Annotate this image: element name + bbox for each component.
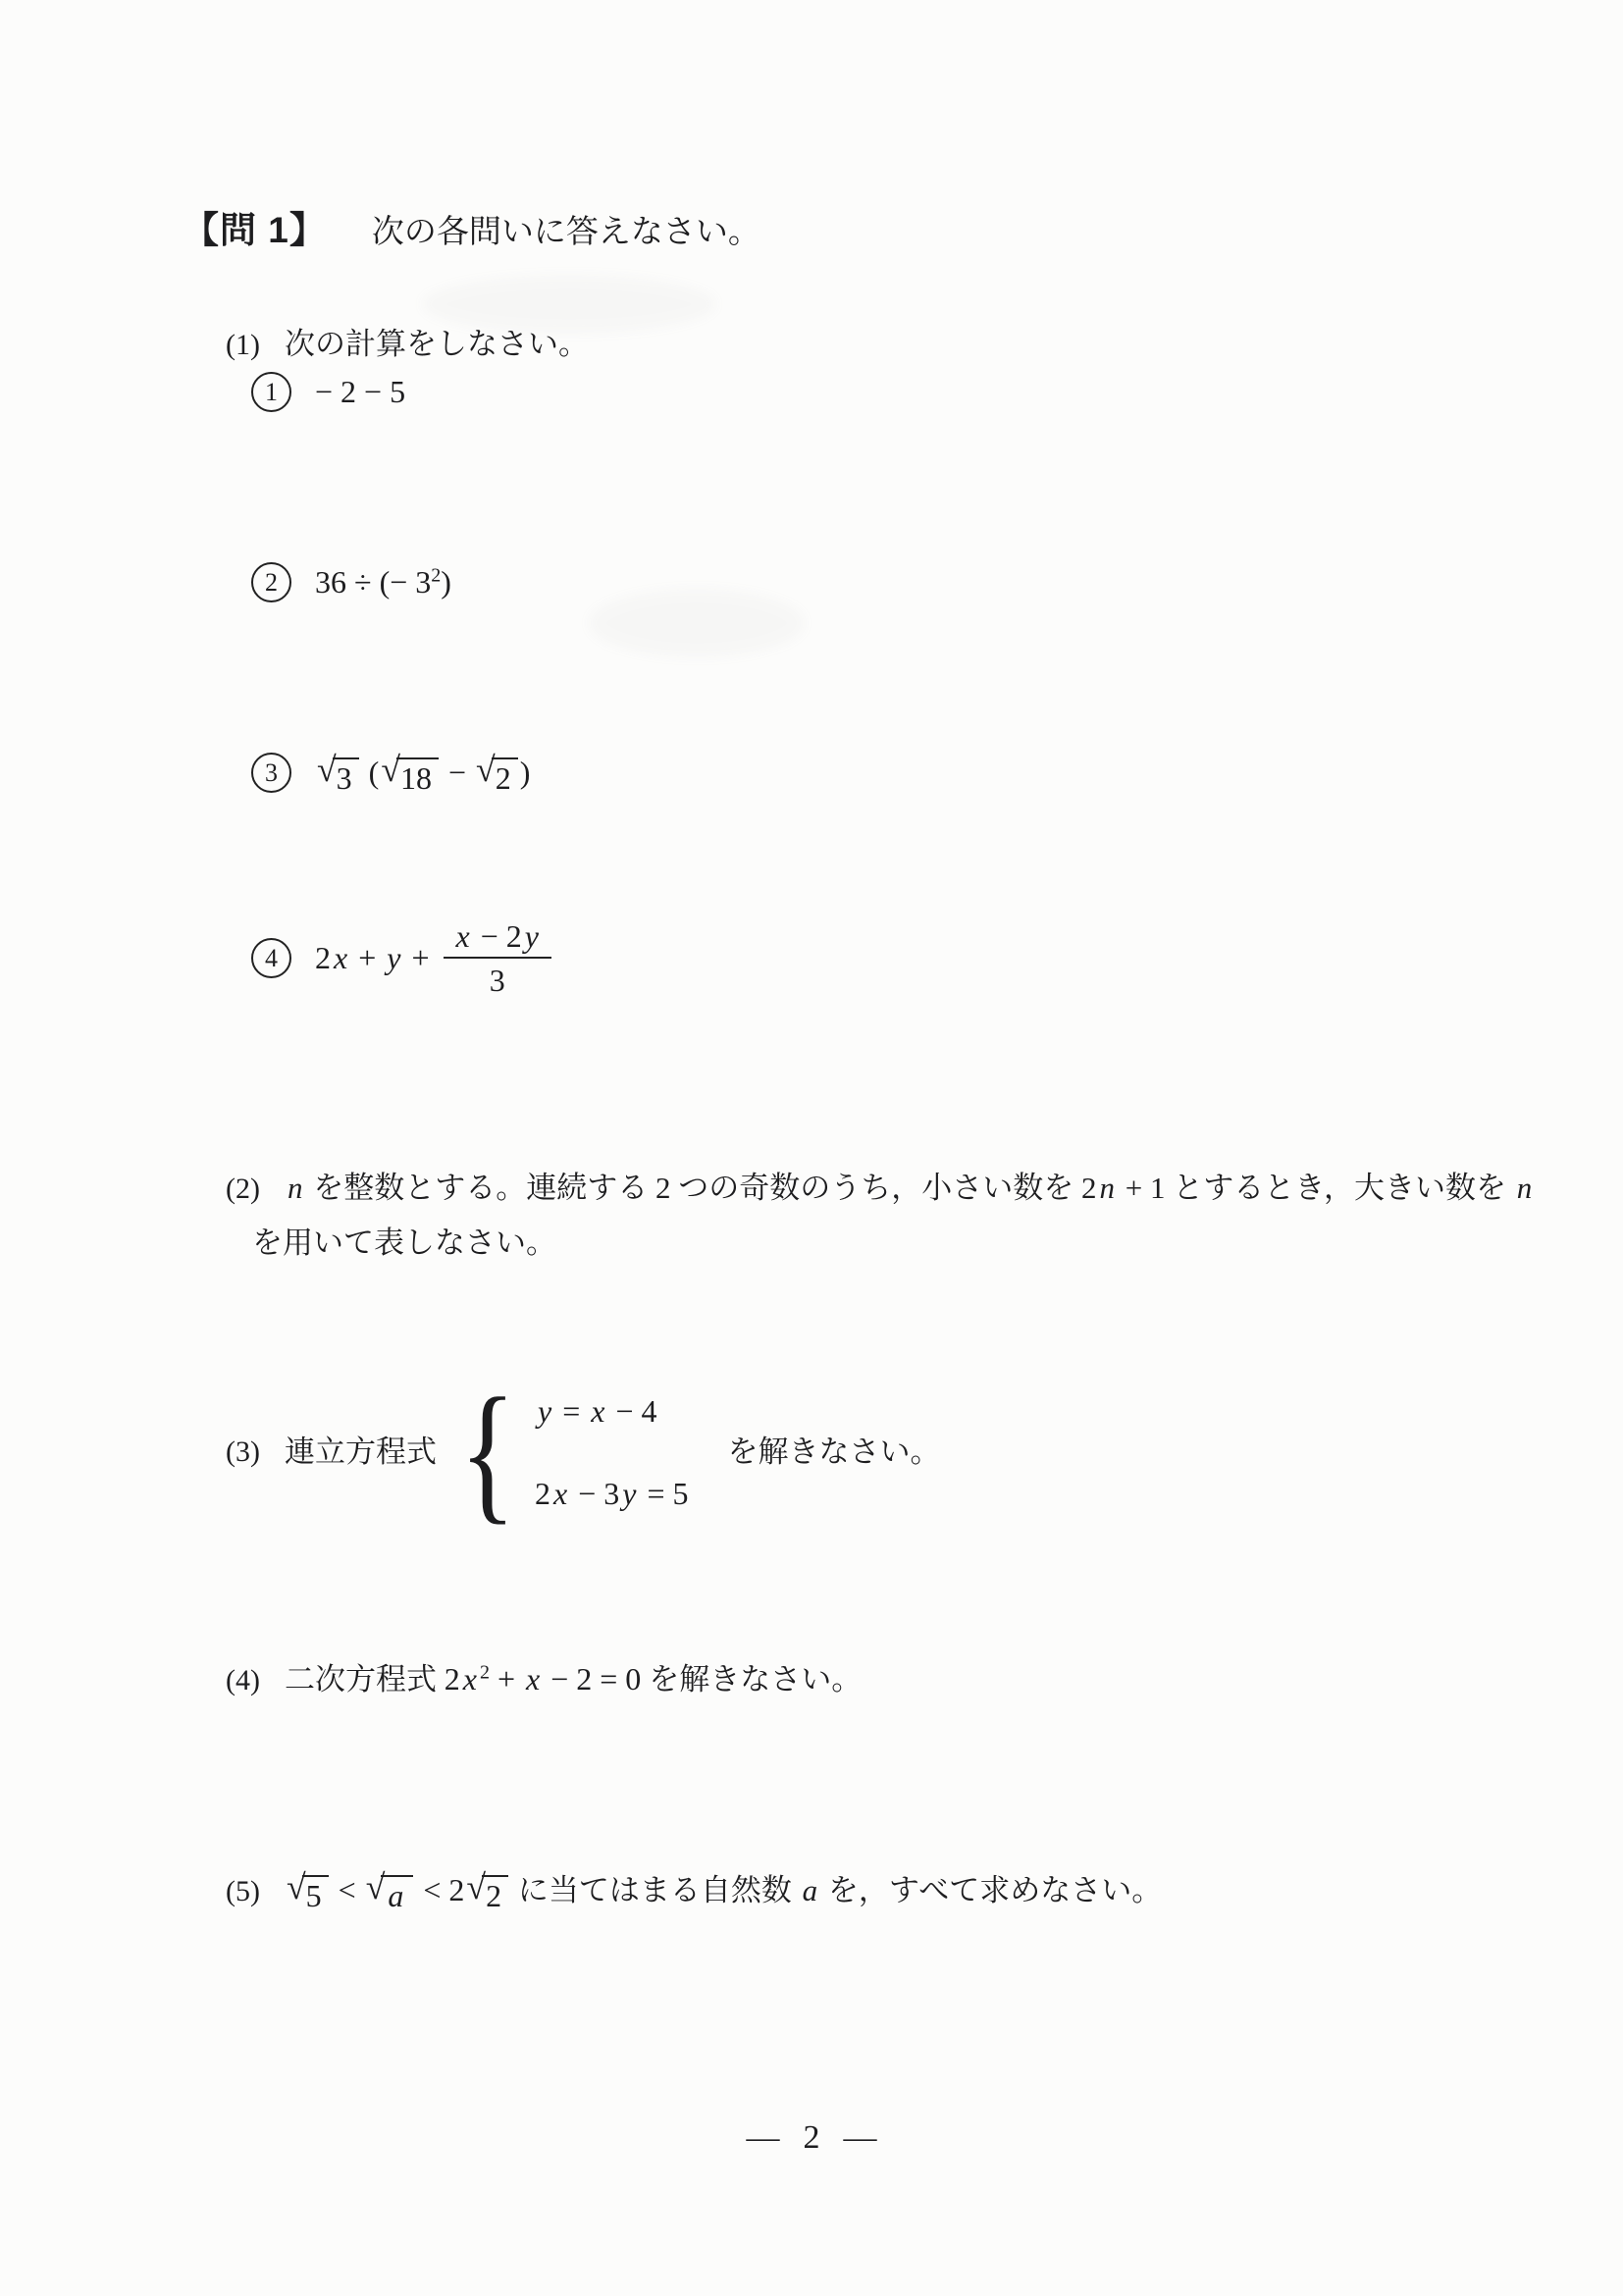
problem-1-instruction: 次の各問いに答えなさい。 — [372, 211, 760, 255]
quadratic-expression: 2x2 + x − 2 = 0 — [445, 1661, 650, 1696]
expression-2-close: ) — [441, 564, 451, 600]
scan-artifact — [422, 275, 716, 334]
page-number: 2 — [804, 2115, 820, 2161]
equation-2: 2x − 3y = 5 — [535, 1478, 689, 1509]
question-1-item-1: 1− 2 − 5 — [251, 371, 405, 413]
question-5-text-a: に当てはまる自然数 — [510, 1873, 800, 1907]
page-footer: —2— — [0, 2115, 1623, 2161]
coefficient: 2 — [535, 1476, 550, 1511]
minus-operator: − — [441, 755, 474, 790]
fraction-denominator: 3 — [490, 959, 505, 996]
less-than-operator: < 2 — [415, 1872, 464, 1907]
radical-sign-icon: √ — [381, 756, 400, 784]
equation-2-middle: − 3 — [570, 1476, 619, 1511]
radicand-18: 18 — [396, 757, 439, 794]
less-than-operator: < — [331, 1872, 364, 1907]
variable-x: x — [463, 1661, 477, 1696]
numerator-middle: − 2 — [473, 918, 522, 954]
radical-sqrt18: √18 — [381, 757, 439, 794]
question-4-text: 二次方程式 2x2 + x − 2 = 0 を解きなさい。 — [285, 1658, 862, 1700]
plus-operator: + — [350, 937, 384, 979]
radical-sqrt5: √5 — [287, 1875, 329, 1911]
plus-operator: + — [403, 937, 437, 979]
question-5-text: √5 < √a < 2√2 に当てはまる自然数 a を，すべて求めなさい。 — [285, 1869, 1162, 1911]
equation-1-tail: − 4 — [607, 1393, 656, 1429]
radicand-a: a — [381, 1875, 413, 1911]
question-2-label: (2) — [226, 1170, 260, 1210]
expression-2-base: 36 ÷ (− 3 — [315, 564, 431, 600]
question-1-label: (1) — [226, 326, 260, 366]
question-4-post-text: を解きなさい。 — [649, 1662, 862, 1696]
circled-number-1-digit: 1 — [265, 380, 278, 405]
variable-a: a — [388, 1878, 403, 1913]
equation-tail: − 2 = 0 — [543, 1661, 649, 1696]
expression-2: 36 ÷ (− 32) — [315, 561, 451, 603]
circled-number-2-digit: 2 — [265, 570, 278, 596]
question-1-item-3: 3√3 (√18 − √2) — [251, 752, 530, 794]
question-3-post-text: を解きなさい。 — [727, 1432, 940, 1473]
exponent: 2 — [480, 1661, 490, 1683]
plus-operator: + — [490, 1661, 523, 1696]
question-2-text: n を整数とする。連続する 2 つの奇数のうち，小さい数を 2n + 1 とする… — [285, 1168, 1535, 1209]
question-5: (5)√5 < √a < 2√2 に当てはまる自然数 a を，すべて求めなさい。 — [226, 1869, 1162, 1912]
inequality-expression: √5 < √a < 2√2 — [285, 1872, 510, 1907]
variable-n: n — [1099, 1171, 1115, 1205]
radical-sign-icon: √ — [317, 756, 337, 784]
radical-sqrt2: √2 — [476, 757, 518, 794]
system-equations: y = x − 42x − 3y = 5 — [535, 1395, 689, 1509]
question-3-pre-text: 連立方程式 — [285, 1432, 437, 1473]
variable-x: x — [553, 1476, 567, 1511]
variable-a: a — [803, 1873, 818, 1907]
circled-number-4: 4 — [251, 938, 291, 978]
problem-1-label: 【問 1】 — [183, 206, 327, 255]
fraction: x − 2y3 — [444, 920, 551, 996]
variable-x: x — [591, 1393, 604, 1429]
radical-sign-icon: √ — [466, 1873, 486, 1902]
equation-1: y = x − 4 — [535, 1395, 689, 1427]
coefficient: 2 — [445, 1661, 460, 1696]
coefficient: 2 — [315, 937, 331, 979]
circled-number-3-digit: 3 — [265, 760, 278, 786]
question-2-line-2: を用いて表しなさい。 — [252, 1223, 556, 1264]
equation-2-tail: = 5 — [639, 1476, 688, 1511]
variable-y: y — [525, 918, 539, 954]
variable-n: n — [1517, 1171, 1533, 1205]
variable-y: y — [538, 1393, 551, 1429]
question-1-item-2: 236 ÷ (− 32) — [251, 561, 451, 603]
variable-y: y — [622, 1476, 636, 1511]
question-5-label: (5) — [226, 1872, 260, 1912]
equals-operator: = — [554, 1393, 588, 1429]
question-3: (3)連立方程式{y = x − 42x − 3y = 5を解きなさい。 — [226, 1372, 940, 1533]
problem-1-heading: 【問 1】次の各問いに答えなさい。 — [183, 206, 760, 255]
circled-number-1: 1 — [251, 372, 291, 412]
close-paren: ) — [520, 755, 531, 790]
expression-4: 2x + y + x − 2y3 — [315, 920, 557, 996]
circled-number-4-digit: 4 — [265, 946, 278, 971]
circled-number-3: 3 — [251, 753, 291, 793]
radical-sign-icon: √ — [366, 1873, 386, 1902]
open-paren: ( — [361, 755, 380, 790]
radical-sign-icon: √ — [287, 1873, 306, 1902]
question-4: (4)二次方程式 2x2 + x − 2 = 0 を解きなさい。 — [226, 1658, 862, 1701]
question-2-text-b: とするとき，大きい数を — [1173, 1171, 1514, 1205]
scan-artifact — [589, 589, 805, 657]
footer-dash-left: — — [747, 2115, 780, 2161]
question-5-text-b: を，すべて求めなさい。 — [820, 1873, 1162, 1907]
coefficient: 2 — [1081, 1171, 1097, 1205]
radical-sqrt-a: √a — [366, 1875, 414, 1911]
expression-3: √3 (√18 − √2) — [315, 752, 530, 794]
question-1-item-4: 42x + y + x − 2y3 — [251, 920, 557, 996]
exam-page: 【問 1】次の各問いに答えなさい。 (1)次の計算をしなさい。 1− 2 − 5… — [0, 0, 1623, 2296]
question-4-pre-text: 二次方程式 — [285, 1662, 445, 1696]
variable-x: x — [456, 918, 470, 954]
radical-sqrt3: √3 — [317, 757, 359, 794]
radical-sign-icon: √ — [476, 756, 496, 784]
system-brace: { — [459, 1383, 516, 1522]
question-2-expr-tail: + 1 — [1118, 1171, 1173, 1205]
question-2-text-a: を整数とする。連続する 2 つの奇数のうち，小さい数を — [305, 1171, 1081, 1205]
footer-dash-right: — — [844, 2115, 877, 2161]
expression-1: − 2 − 5 — [315, 371, 405, 413]
variable-n: n — [288, 1171, 303, 1205]
expression-2-exponent: 2 — [431, 564, 441, 586]
variable-y: y — [387, 937, 400, 979]
fraction-numerator: x − 2y — [444, 920, 551, 959]
circled-number-2: 2 — [251, 562, 291, 602]
question-2-line-1: (2)n を整数とする。連続する 2 つの奇数のうち，小さい数を 2n + 1 … — [226, 1168, 1535, 1210]
variable-x: x — [334, 937, 347, 979]
question-3-label: (3) — [226, 1433, 260, 1473]
question-4-label: (4) — [226, 1661, 260, 1701]
variable-x: x — [526, 1661, 540, 1696]
radical-sqrt2: √2 — [466, 1875, 508, 1911]
